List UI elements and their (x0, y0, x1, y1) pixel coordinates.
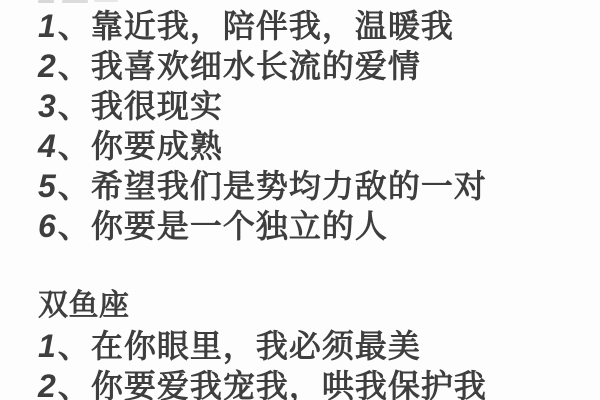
item-number: 2 (38, 46, 58, 86)
item-text: 在你眼里，我必须最美 (91, 328, 421, 364)
clipped-glyph-fragment (94, 0, 118, 2)
item-text: 靠近我，陪伴我，温暖我 (91, 8, 454, 44)
item-number: 1 (38, 326, 58, 366)
item-text: 希望我们是势均力敌的一对 (91, 168, 487, 204)
item-text: 你要爱我宠我，哄我保护我 (91, 368, 487, 400)
list-item: 3、我很现实 (38, 86, 600, 126)
item-separator: 、 (58, 328, 91, 364)
item-number: 1 (38, 6, 58, 46)
item-separator: 、 (58, 368, 91, 400)
clipped-glyph-fragment (38, 0, 54, 3)
item-number: 2 (38, 366, 58, 400)
item-number: 3 (38, 86, 58, 126)
item-separator: 、 (58, 88, 91, 124)
item-separator: 、 (58, 208, 91, 244)
item-separator: 、 (58, 8, 91, 44)
document-body: 1、靠近我，陪伴我，温暖我 2、我喜欢细水长流的爱情 3、我很现实 4、你要成熟… (38, 6, 600, 400)
list-item: 1、靠近我，陪伴我，温暖我 (38, 6, 600, 46)
list-item: 6、你要是一个独立的人 (38, 206, 600, 246)
item-separator: 、 (58, 128, 91, 164)
item-text: 你要成熟 (91, 128, 223, 164)
list-item: 2、我喜欢细水长流的爱情 (38, 46, 600, 86)
item-number: 5 (38, 166, 58, 206)
list-item: 5、希望我们是势均力敌的一对 (38, 166, 600, 206)
item-number: 6 (38, 206, 58, 246)
section-heading-pisces: 双鱼座 (38, 286, 600, 326)
clipped-glyph-fragment (62, 0, 88, 3)
section-gap (38, 246, 600, 286)
item-text: 我喜欢细水长流的爱情 (91, 48, 421, 84)
list-item: 4、你要成熟 (38, 126, 600, 166)
item-text: 你要是一个独立的人 (91, 208, 388, 244)
list-item: 2、你要爱我宠我，哄我保护我 (38, 366, 600, 400)
item-text: 我很现实 (91, 88, 223, 124)
item-separator: 、 (58, 48, 91, 84)
item-number: 4 (38, 126, 58, 166)
list-item: 1、在你眼里，我必须最美 (38, 326, 600, 366)
item-separator: 、 (58, 168, 91, 204)
